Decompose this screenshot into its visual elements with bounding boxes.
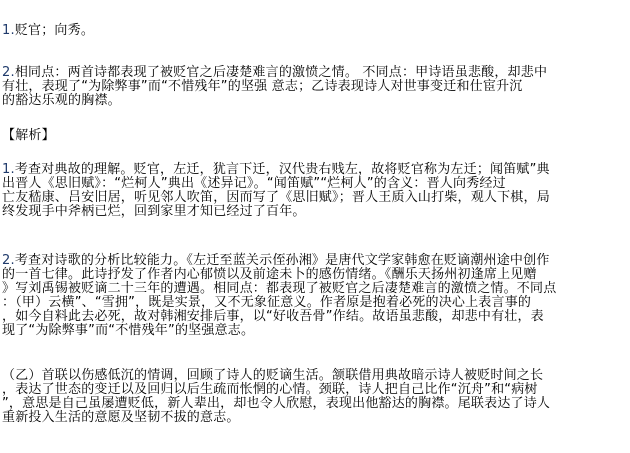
item-number: 2.: [2, 65, 15, 80]
answer-item-2: 2.相同点：两首诗都表现了被贬官之后凄楚难言的激愤之情。 不同点：甲诗语虽悲酸，…: [2, 66, 628, 108]
analysis-line: ，如今自料此去必死，故对韩湘安排后事，以“好收吾骨”作结。故语虽悲酸，却悲中有壮…: [2, 310, 628, 324]
analysis-line: ：（甲）云横”、“雪拥”，既是实景，又不无象征意义。作者原是抱着必死的决心上表言…: [2, 296, 628, 310]
analysis-line: 出晋人《思旧赋》：“烂柯人”典出《述异记》。“闻笛赋”“烂柯人”的含义：晋人向秀…: [2, 177, 628, 191]
analysis-line: 》写刘禹锡被贬谪二十三年的遭遇。相同点：都表现了被贬官之后凄楚难言的激愤之情。不…: [2, 282, 628, 296]
answer-line: 相同点：两首诗都表现了被贬官之后凄楚难言的激愤之情。 不同点：甲诗语虽悲酸，却悲…: [15, 65, 547, 80]
analysis-line: ”，意思是自己虽屡遭贬低，新人辈出，却也令人欣慰，表现出他豁达的胸襟。尾联表达了…: [2, 397, 628, 411]
item-number: 1.: [2, 23, 15, 38]
analysis-item-2: 2.考查对诗歌的分析比较能力。《左迁至蓝关示侄孙湘》是唐代文学家韩愈在贬谪潮州途…: [2, 254, 628, 338]
analysis-line: 现了“为除弊事”而“不惜残年”的坚强意志。: [2, 324, 628, 338]
analysis-line: 考查对典故的理解。贬官，左迁，犹言下迁，汉代贵右贱左，故将贬官称为左迁；闻笛赋”…: [15, 162, 550, 177]
analysis-line: 终发现手中斧柄已烂，回到家里才知已经过了百年。: [2, 205, 628, 219]
analysis-item-1: 1.考查对典故的理解。贬官，左迁，犹言下迁，汉代贵右贱左，故将贬官称为左迁；闻笛…: [2, 163, 628, 219]
analysis-line: 重新投入生活的意愿及坚韧不拔的意志。: [2, 411, 628, 425]
analysis-line: ，表达了世态的变迁以及回归以后生疏而怅惘的心情。颈联，诗人把自己比作“沉舟”和“…: [2, 383, 628, 397]
answer-line: 有壮，表现了“为除弊事”而“不惜残年”的坚强 意志；乙诗表现诗人对世事变迁和仕宦…: [2, 80, 628, 94]
answer-text: 贬官；向秀。: [15, 23, 94, 38]
analysis-line: 亡友嵇康、吕安旧居，听见邻人吹笛，因而写了《思旧赋》；晋人王质入山打柴，观人下棋…: [2, 191, 628, 205]
item-number: 2.: [2, 253, 15, 268]
item-number: 1.: [2, 162, 15, 177]
analysis-line: 的一首七律。此诗抒发了作者内心郁愤以及前途未卜的感伤情绪。《酬乐天扬州初逢席上见…: [2, 268, 628, 282]
analysis-line: （乙）首联以伤感低沉的情调，回顾了诗人的贬谪生活。颔联借用典故暗示诗人被贬时间之…: [2, 369, 628, 383]
analysis-line: 考查对诗歌的分析比较能力。《左迁至蓝关示侄孙湘》是唐代文学家韩愈在贬谪潮州途中创…: [15, 253, 550, 268]
analysis-heading: 【解析】: [2, 129, 628, 143]
analysis-item-3: （乙）首联以伤感低沉的情调，回顾了诗人的贬谪生活。颔联借用典故暗示诗人被贬时间之…: [2, 369, 628, 425]
answer-item-1: 1.贬官；向秀。: [2, 24, 628, 38]
analysis-heading-text: 【解析】: [2, 129, 628, 143]
answer-line: 的豁达乐观的胸襟。: [2, 94, 628, 108]
